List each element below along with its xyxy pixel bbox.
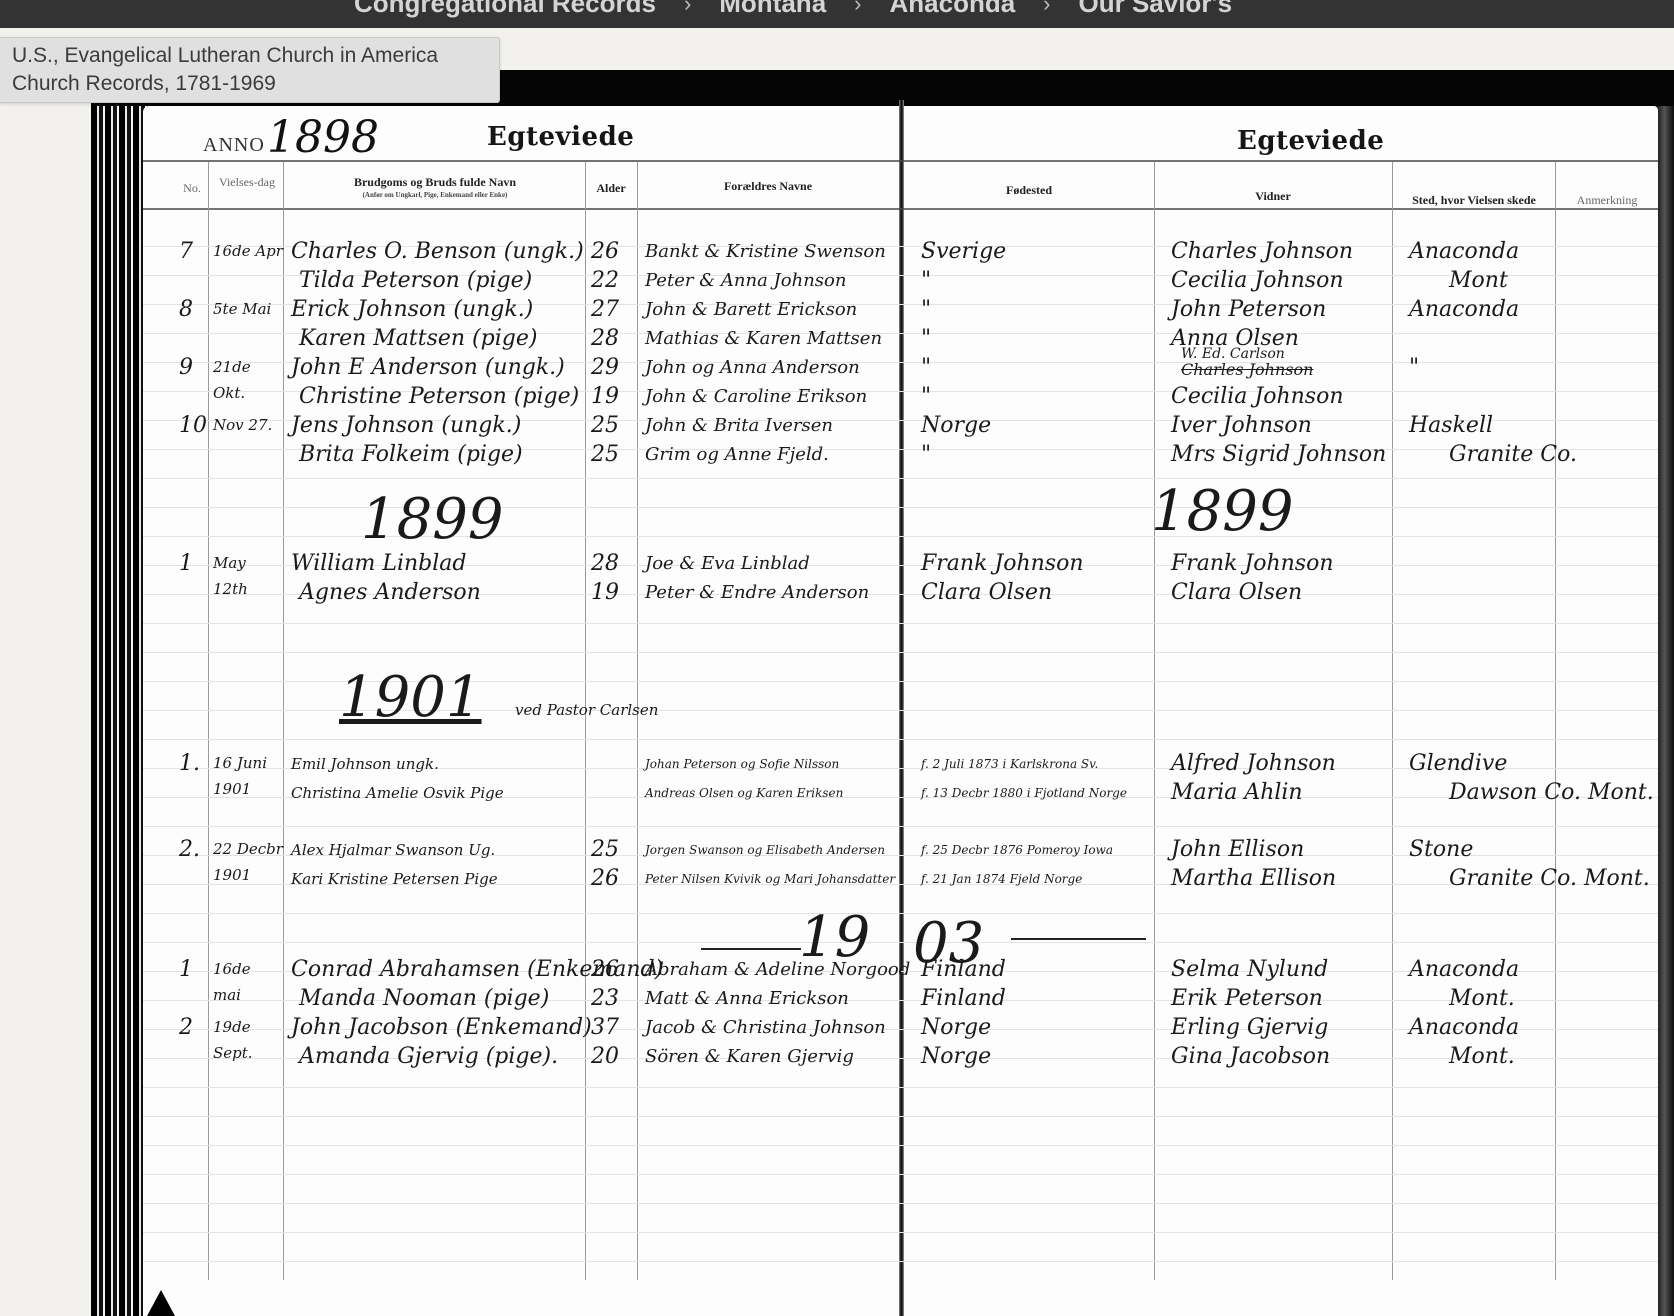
wedding-place-1: Anaconda [1409, 1014, 1519, 1042]
ruled-line [143, 1203, 1658, 1204]
groom-birthplace: Frank Johnson [921, 550, 1084, 578]
breadcrumb-montana[interactable]: Montana [719, 0, 826, 19]
chevron-right-icon: › [854, 0, 861, 17]
book-gutter [899, 100, 904, 1316]
header-rule-bottom [143, 208, 1658, 210]
ruled-line [143, 1116, 1658, 1117]
col-header-remarks: Anmerkning [1557, 194, 1657, 207]
bride-age: 28 [591, 325, 619, 353]
entry-date: 16 Juni 1901 [213, 750, 283, 802]
ruled-line [143, 826, 1658, 827]
groom-name: Alex Hjalmar Swanson Ug. [291, 836, 495, 864]
year-note-pastor: ved Pastor Carlsen [515, 696, 658, 724]
entry-date: 16de mai [213, 956, 283, 1008]
chevron-right-icon: › [684, 0, 691, 17]
col-header-date: Vielses-dag [215, 176, 279, 189]
bride-age: 19 [591, 383, 619, 411]
groom-parents: John og Anna Anderson [645, 354, 860, 382]
tooltip-line-1: U.S., Evangelical Lutheran Church in Ame… [12, 42, 499, 70]
ruled-line [143, 942, 1658, 943]
entry-number: 1 [179, 550, 193, 578]
wedding-place-2: Mont. [1449, 1043, 1515, 1071]
groom-age: 26 [591, 238, 619, 266]
entry-number: 10 [179, 412, 207, 440]
witness-2: Maria Ahlin [1171, 779, 1303, 807]
col-header-parents: Forældres Navne [639, 180, 897, 193]
wedding-place-1: Anaconda [1409, 296, 1519, 324]
bride-name: Kari Kristine Petersen Pige [291, 865, 498, 893]
ruled-line [143, 1261, 1658, 1262]
entry-number: 9 [179, 354, 193, 382]
ruled-line [143, 1232, 1658, 1233]
bride-age: 19 [591, 579, 619, 607]
groom-parents: Johan Peterson og Sofie Nilsson [645, 750, 839, 778]
groom-name: Jens Johnson (ungk.) [291, 412, 521, 440]
groom-parents: John & Barett Erickson [645, 296, 857, 324]
bride-name: Manda Nooman (pige) [299, 985, 549, 1013]
witness-1: Charles Johnson [1171, 238, 1353, 266]
witness-2: Cecilia Johnson [1171, 267, 1344, 295]
groom-name: John Jacobson (Enkemand) [291, 1014, 592, 1042]
col-header-witnesses: Vidner [1155, 190, 1391, 203]
bride-birthplace: f. 13 Decbr 1880 i Fjotland Norge [921, 779, 1127, 807]
groom-birthplace: f. 2 Juli 1873 i Karlskrona Sv. [921, 750, 1098, 778]
breadcrumb-anaconda[interactable]: Anaconda [889, 0, 1015, 19]
col-divider [1555, 162, 1556, 1280]
groom-parents: Joe & Eva Linblad [645, 550, 810, 578]
col-divider [208, 162, 209, 1280]
groom-birthplace: Norge [921, 412, 991, 440]
groom-birthplace: " [921, 296, 931, 324]
wedding-place-2: Dawson Co. Mont. [1449, 779, 1654, 807]
bride-parents: Peter & Anna Johnson [645, 267, 846, 295]
bride-birthplace: " [921, 441, 931, 469]
bride-birthplace: " [921, 325, 931, 353]
witness-1: Iver Johnson [1171, 412, 1312, 440]
witness-2: Mrs Sigrid Johnson [1171, 441, 1386, 469]
witness-struck: Charles Johnson [1181, 356, 1313, 384]
breadcrumb: Congregational Records › Montana › Anaco… [354, 0, 1232, 19]
groom-name: William Linblad [291, 550, 466, 578]
bride-birthplace: Norge [921, 1043, 991, 1071]
witness-2: Clara Olsen [1171, 579, 1302, 607]
bride-name: Tilda Peterson (pige) [299, 267, 532, 295]
col-header-no: No. [177, 182, 207, 195]
witness-2: Erik Peterson [1171, 985, 1323, 1013]
wedding-place-1: Stone [1409, 836, 1473, 864]
witness-2: Martha Ellison [1171, 865, 1336, 893]
bride-birthplace: Finland [921, 985, 1006, 1013]
groom-age: 26 [591, 956, 619, 984]
groom-name: Charles O. Benson (ungk.) [291, 238, 584, 266]
bride-age: 20 [591, 1043, 619, 1071]
bride-parents: Matt & Anna Erickson [645, 985, 849, 1013]
ruled-line [143, 652, 1658, 653]
witness-1: John Ellison [1171, 836, 1304, 864]
groom-parents: Jorgen Swanson og Elisabeth Andersen [645, 836, 885, 864]
bride-parents: Peter & Endre Anderson [645, 579, 869, 607]
bride-parents: Mathias & Karen Mattsen [645, 325, 882, 353]
year-marker-1899: 1899 [361, 490, 504, 550]
entry-date: 16de Apr [213, 238, 283, 264]
bride-birthplace: f. 21 Jan 1874 Fjeld Norge [921, 865, 1082, 893]
entry-number: 1. [179, 750, 200, 778]
ruled-line [143, 623, 1658, 624]
breadcrumb-bar: Congregational Records › Montana › Anaco… [0, 0, 1674, 28]
page-corner [147, 1290, 175, 1316]
witness-1: Erling Gjervig [1171, 1014, 1328, 1042]
bride-parents: Andreas Olsen og Karen Eriksen [645, 779, 843, 807]
entry-date: Nov 27. [213, 412, 283, 438]
groom-birthplace: f. 25 Decbr 1876 Pomeroy Iowa [921, 836, 1113, 864]
col-header-names-label: Brudgoms og Bruds fulde Navn [354, 175, 516, 189]
bride-name: Christine Peterson (pige) [299, 383, 579, 411]
year-marker-1901: 1901 [339, 668, 482, 728]
groom-parents: Bankt & Kristine Swenson [645, 238, 886, 266]
entry-number: 8 [179, 296, 193, 324]
record-image-viewer[interactable]: ANNO 1898 Egteviede Egteviede No. Vielse… [91, 70, 1674, 1316]
wedding-place-2: Mont [1449, 267, 1508, 295]
groom-age: 28 [591, 550, 619, 578]
col-divider [1392, 162, 1393, 1280]
bride-name: Karen Mattsen (pige) [299, 325, 537, 353]
bride-parents: John & Caroline Erikson [645, 383, 867, 411]
witness-2: Gina Jacobson [1171, 1043, 1330, 1071]
groom-name: Emil Johnson ungk. [291, 750, 439, 778]
anno-year: 1898 [267, 112, 379, 163]
bride-age: 22 [591, 267, 619, 295]
bride-age: 25 [591, 441, 619, 469]
bride-birthplace: Clara Olsen [921, 579, 1052, 607]
dash-line [701, 948, 801, 950]
anno-label: ANNO [203, 134, 265, 157]
entry-number: 1 [179, 956, 193, 984]
dash-line [1011, 938, 1146, 940]
year-marker-1903-b: 03 [913, 914, 984, 974]
groom-age: 27 [591, 296, 619, 324]
entry-date: 19de Sept. [213, 1014, 283, 1066]
witness-2: Cecilia Johnson [1171, 383, 1344, 411]
witness-1: Frank Johnson [1171, 550, 1334, 578]
bride-name: Amanda Gjervig (pige). [299, 1043, 558, 1071]
groom-age: 25 [591, 836, 619, 864]
left-page-title: Egteviede [487, 122, 634, 152]
groom-age: 37 [591, 1014, 619, 1042]
ruled-line [143, 913, 1658, 914]
year-marker-1899-right: 1899 [1151, 482, 1294, 542]
groom-name: Erick Johnson (ungk.) [291, 296, 533, 324]
wedding-place-1: " [1409, 354, 1419, 382]
groom-parents: Abraham & Adeline Norgood [645, 956, 910, 984]
bride-age: 26 [591, 865, 619, 893]
entry-date: May 12th [213, 550, 283, 602]
ruled-line [143, 739, 1658, 740]
col-header-age: Alder [587, 182, 635, 195]
entry-number: 7 [179, 238, 193, 266]
bride-birthplace: " [921, 383, 931, 411]
entry-number: 2 [179, 1014, 193, 1042]
ruled-line [143, 1087, 1658, 1088]
page-edge [1658, 106, 1674, 1316]
groom-birthplace: " [921, 354, 931, 382]
wedding-place-1: Anaconda [1409, 238, 1519, 266]
bride-name: Christina Amelie Osvik Pige [291, 779, 504, 807]
groom-birthplace: Norge [921, 1014, 991, 1042]
wedding-place-2: Mont. [1449, 985, 1515, 1013]
collection-tooltip: U.S., Evangelical Lutheran Church in Ame… [0, 37, 500, 103]
witness-1: Selma Nylund [1171, 956, 1328, 984]
witness-1: Alfred Johnson [1171, 750, 1336, 778]
wedding-place-1: Anaconda [1409, 956, 1519, 984]
chevron-right-icon: › [1043, 0, 1050, 17]
ruled-line [143, 1174, 1658, 1175]
bride-name: Agnes Anderson [299, 579, 481, 607]
book-spine [91, 106, 147, 1316]
bride-parents: Peter Nilsen Kvivik og Mari Johansdatter [645, 865, 895, 893]
col-header-place: Sted, hvor Vielsen skede [1393, 194, 1555, 207]
wedding-place-2: Granite Co. [1449, 441, 1577, 469]
entry-number: 2. [179, 836, 200, 864]
col-header-names-sub: (Anfør om Ungkarl, Pige, Enkemand eller … [287, 189, 583, 202]
bride-name: Brita Folkeim (pige) [299, 441, 523, 469]
col-divider [283, 162, 284, 1280]
groom-birthplace: Sverige [921, 238, 1006, 266]
groom-parents: Jacob & Christina Johnson [645, 1014, 886, 1042]
breadcrumb-our-saviors[interactable]: Our Savior's [1079, 0, 1233, 19]
right-page-title: Egteviede [1237, 126, 1384, 156]
bride-birthplace: " [921, 267, 931, 295]
wedding-place-1: Glendive [1409, 750, 1507, 778]
wedding-place-2: Granite Co. Mont. [1449, 865, 1650, 893]
ruled-line [143, 1145, 1658, 1146]
entry-date: 5te Mai [213, 296, 283, 322]
year-marker-1903-a: 19 [799, 908, 870, 968]
wedding-place-1: Haskell [1409, 412, 1493, 440]
col-header-birthplace: Fødested [905, 184, 1153, 197]
ruled-line [143, 478, 1658, 479]
breadcrumb-congregational-records[interactable]: Congregational Records [354, 0, 656, 19]
bride-age: 23 [591, 985, 619, 1013]
col-divider [1154, 162, 1155, 1280]
tooltip-line-2: Church Records, 1781-1969 [12, 70, 499, 98]
witness-1: John Peterson [1171, 296, 1326, 324]
entry-date: 21de Okt. [213, 354, 283, 406]
groom-name: John E Anderson (ungk.) [291, 354, 565, 382]
bride-parents: Sören & Karen Gjervig [645, 1043, 854, 1071]
groom-age: 25 [591, 412, 619, 440]
bride-parents: Grim og Anne Fjeld. [645, 441, 829, 469]
entry-date: 22 Decbr 1901 [213, 836, 283, 888]
groom-age: 29 [591, 354, 619, 382]
col-header-names: Brudgoms og Bruds fulde Navn (Anfør om U… [287, 176, 583, 202]
groom-parents: John & Brita Iversen [645, 412, 833, 440]
